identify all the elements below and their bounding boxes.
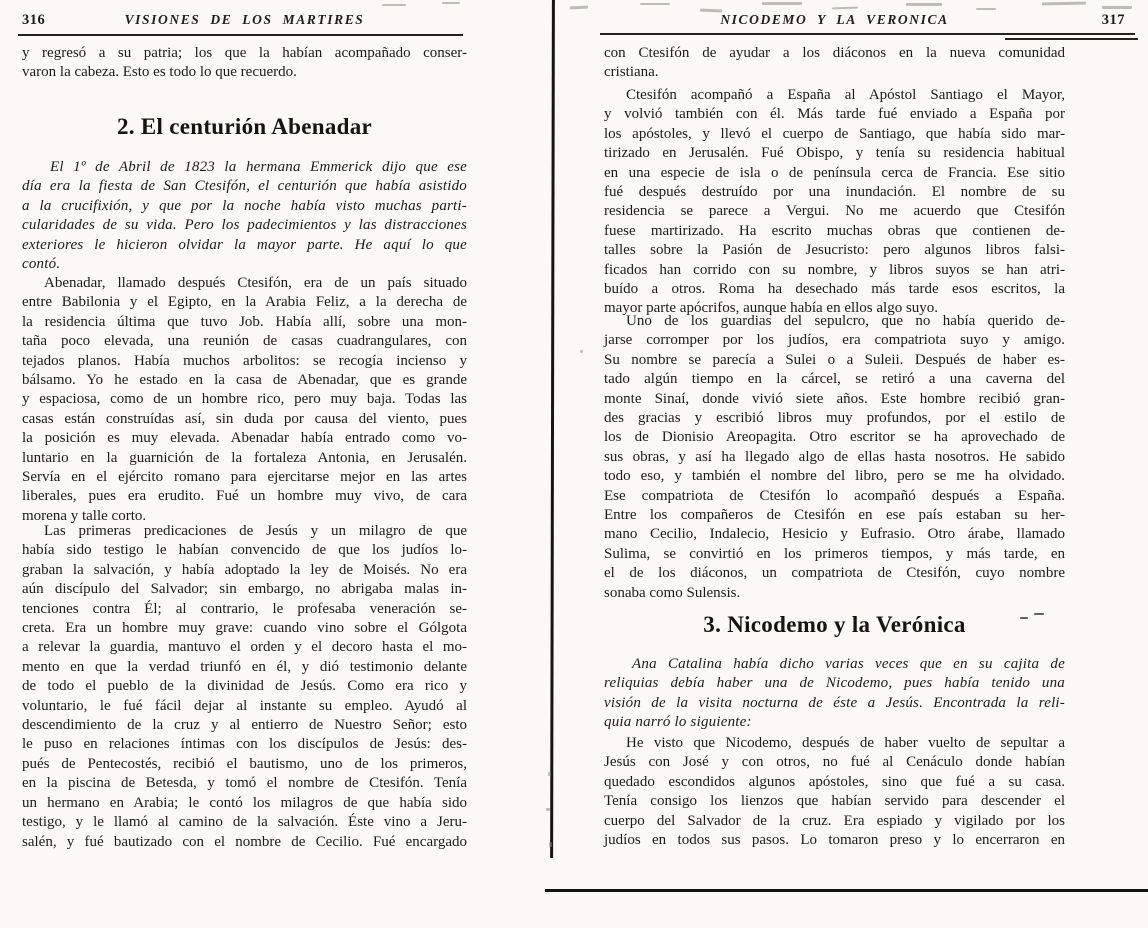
text-line: judíos en todos sus pasos. Lo tomaron pr… [604, 831, 1065, 850]
text-line: cuerpo del Salvador de la cruz. Era espi… [604, 812, 1065, 831]
text-line: había sido testigo le habían convencido … [22, 541, 467, 560]
text-line: sonaba como Sulensis. [604, 584, 1065, 603]
running-header-right: NICODEMO Y LA VERONICA 317 [604, 12, 1065, 34]
text-line: descendimiento de la cruz y al entierro … [22, 716, 467, 735]
paragraph: y regresó a su patria; los que la habían… [22, 44, 467, 83]
text-line: jarse corromper por los judíos, era comp… [604, 331, 1065, 350]
text-line: ficados han corrido con su nombre, y lib… [604, 261, 1065, 280]
scan-noise-dash [640, 3, 670, 5]
scan-noise-dash [762, 2, 802, 5]
paragraph: Las primeras predicaciones de Jesús y un… [22, 522, 467, 852]
paragraph: Uno de los guardias del sepulcro, que no… [604, 312, 1065, 603]
text-line: Abenadar, llamado después Ctesifón, era … [22, 274, 467, 293]
text-line: fuese martirizado. Ha escrito muchas obr… [604, 222, 1065, 241]
text-line: casas están construídas así, sin duda po… [22, 410, 467, 429]
text-line: Jesús con José y con otros, no fué al Ce… [604, 753, 1065, 772]
page-left: 316 VISIONES DE LOS MARTIRES y regresó a… [0, 0, 552, 928]
page-number-right: 317 [1102, 12, 1125, 29]
page-number-left: 316 [22, 12, 45, 29]
text-line: día era la fiesta de San Ctesifón, el ce… [22, 177, 467, 196]
text-line: liberales, pues era erudito. Fué un homb… [22, 487, 467, 506]
text-line: entre Babilonia y el Egipto, en la Arabi… [22, 293, 467, 312]
text-line: a la crucifixión, y que por la noche hab… [22, 197, 467, 216]
text-line: Servía en el ejército romano para ejerci… [22, 468, 467, 487]
text-line: contó. [22, 255, 467, 274]
scan-noise-dash [442, 2, 460, 4]
paragraph: He visto que Nicodemo, después de haber … [604, 734, 1065, 850]
text-line: visión de la visita nocturna de éste a J… [604, 694, 1065, 713]
text-line: exteriores le hicieron olvidar la mayor … [22, 236, 467, 255]
text-line: fué después destruído por una inundación… [604, 183, 1065, 202]
text-line: aún discípulo del Salvador; sin embargo,… [22, 580, 467, 599]
text-line: cristiana. [604, 63, 1065, 82]
scan-noise-dash [976, 8, 996, 10]
text-line: Su nombre se parecía a Sulei o a Suleii.… [604, 351, 1065, 370]
text-line: buído a otros. Roma ha desechado más tar… [604, 280, 1065, 299]
text-line: y espaciosa, como de un hombre rico, per… [22, 390, 467, 409]
text-line: cularidades de su vida. Pero los padecim… [22, 216, 467, 235]
text-line: mano Cecilio, Indalecio, Hesicio y Eufra… [604, 525, 1065, 544]
text-line: luntario en la guarnición de la fortalez… [22, 449, 467, 468]
paragraph: con Ctesifón de ayudar a los diáconos en… [604, 44, 1065, 83]
text-line: un hermano en Arabia; le contó los milag… [22, 794, 467, 813]
text-line: tejados planos. Había muchos arbolitos: … [22, 352, 467, 371]
text-line: de todo el pueblo de la divinidad de Jes… [22, 677, 467, 696]
book-scan: 316 VISIONES DE LOS MARTIRES y regresó a… [0, 0, 1148, 928]
text-line: testigo, y le llamó al camino de la salv… [22, 813, 467, 832]
scan-noise-dash [1034, 613, 1044, 615]
text-line: quia narró lo siguiente: [604, 713, 1065, 732]
intro-paragraph-italic: Ana Catalina había dicho varias veces qu… [604, 655, 1065, 733]
text-line: El 1º de Abril de 1823 la hermana Emmeri… [22, 158, 467, 177]
text-line: en una especie de isla o de península ce… [604, 164, 1065, 183]
text-line: y volvió también con él. Más tarde fué e… [604, 105, 1065, 124]
scan-noise-speck [548, 772, 551, 776]
text-line: Tenía consigo los lienzos que habían ser… [604, 792, 1065, 811]
page-right: NICODEMO Y LA VERONICA 317 con Ctesifón … [556, 0, 1148, 928]
text-line: residencia se parece a Vergui. No me acu… [604, 202, 1065, 221]
text-line: el de los diáconos, un compatriota de Ct… [604, 564, 1065, 583]
running-title-left: VISIONES DE LOS MARTIRES [22, 12, 467, 28]
header-rule-right-segment [1005, 38, 1138, 40]
paragraph: Abenadar, llamado después Ctesifón, era … [22, 274, 467, 526]
running-header-left: 316 VISIONES DE LOS MARTIRES [22, 12, 467, 34]
text-line: Ana Catalina había dicho varias veces qu… [604, 655, 1065, 674]
text-line: a relevar la guardia, mantuvo el orden y… [22, 638, 467, 657]
section-heading-3: 3. Nicodemo y la Verónica [604, 610, 1065, 640]
header-rule-left [18, 34, 463, 36]
text-line: tado algún tiempo en la cárcel, se retir… [604, 370, 1065, 389]
running-title-right: NICODEMO Y LA VERONICA [604, 12, 1065, 28]
text-line: tirizado en Jerusalén. Fué Obispo, y ten… [604, 144, 1065, 163]
text-line: Sulima, se convirtió en los primeros tie… [604, 545, 1065, 564]
scan-noise-dash [1102, 6, 1132, 9]
text-line: des gracias y escribió libros muy profun… [604, 409, 1065, 428]
text-line: tenciones contra Él; al contrario, le pr… [22, 600, 467, 619]
intro-paragraph-italic: El 1º de Abril de 1823 la hermana Emmeri… [22, 158, 467, 274]
page-bottom-edge-rule [545, 889, 1148, 892]
text-line: la residencia última que tuvo Job. Había… [22, 313, 467, 332]
text-line: Ese compatriota de Ctesifón lo acompañó … [604, 487, 1065, 506]
text-line: la posición es muy elevada. Abenadar hab… [22, 429, 467, 448]
text-line: varon la cabeza. Esto es todo lo que rec… [22, 63, 467, 82]
text-line: los de Dionisio Areopagita. Otro escrito… [604, 428, 1065, 447]
text-line: y regresó a su patria; los que la habían… [22, 44, 467, 63]
text-line: Las primeras predicaciones de Jesús y un… [22, 522, 467, 541]
text-line: le puso en relaciones íntimas con los di… [22, 735, 467, 754]
text-line: graban la salvación, y había adoptado la… [22, 561, 467, 580]
text-line: voluntario, le fué fácil dejar al instan… [22, 697, 467, 716]
text-line: quedado escondidos algunos apóstoles, si… [604, 773, 1065, 792]
text-line: creta. Era un hombre muy grave: cuando v… [22, 619, 467, 638]
text-line: salén, y fué bautizado con el nombre de … [22, 833, 467, 852]
text-line: bálsamo. Yo he estado en la casa de Aben… [22, 371, 467, 390]
text-line: los apóstoles, y llevó el cuerpo de Sant… [604, 125, 1065, 144]
text-line: Entre los compañeros de Ctesifón en ese … [604, 506, 1065, 525]
book-gutter-line [550, 0, 555, 858]
header-rule-right [600, 33, 1135, 35]
text-line: taña poco elevada, una reunión de casas … [22, 332, 467, 351]
scan-noise-speck [580, 350, 583, 353]
scan-noise-speck [546, 808, 550, 811]
scan-noise-speck [549, 842, 552, 847]
scan-noise-dash [382, 4, 406, 6]
text-line: mento en que la verdad triunfó en él, y … [22, 658, 467, 677]
text-line: sus obras, y así ha llegado algo de ella… [604, 448, 1065, 467]
section-heading-2: 2. El centurión Abenadar [22, 112, 467, 142]
text-line: con Ctesifón de ayudar a los diáconos en… [604, 44, 1065, 63]
text-line: pués de Pentecostés, recibió el bautismo… [22, 755, 467, 774]
text-line: He visto que Nicodemo, después de haber … [604, 734, 1065, 753]
text-line: monte Sinaí, donde vivió siete años. Est… [604, 390, 1065, 409]
scan-noise-dash [1020, 617, 1028, 619]
text-line: reliquias debía haber una de Nicodemo, p… [604, 674, 1065, 693]
paragraph: Ctesifón acompañó a España al Apóstol Sa… [604, 86, 1065, 319]
text-line: todo eso, y también el nombre del libro,… [604, 467, 1065, 486]
text-line: en la piscina de Betesda, y tomó el nomb… [22, 774, 467, 793]
text-line: talles sobre la Pasión de Jesucristo: pe… [604, 241, 1065, 260]
text-line: Ctesifón acompañó a España al Apóstol Sa… [604, 86, 1065, 105]
text-line: Uno de los guardias del sepulcro, que no… [604, 312, 1065, 331]
scan-noise-dash [906, 3, 942, 6]
